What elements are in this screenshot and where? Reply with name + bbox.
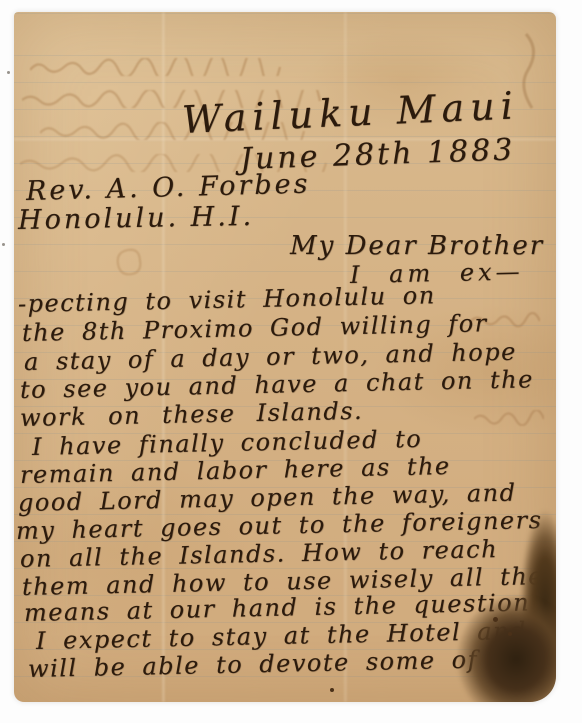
ink-speck (330, 688, 334, 692)
scan-speck (7, 71, 10, 74)
bleed-through-writing (30, 58, 290, 76)
bleed-through-writing (110, 242, 150, 282)
recipient-line: Honolulu. H.I. (18, 201, 255, 236)
scan-speck (2, 243, 5, 246)
bleed-through-writing (474, 410, 544, 426)
scan-background: Wailuku Maui June 28th 1883 Rev. A. O. F… (0, 0, 582, 723)
recipient-line: Rev. A. O. Forbes (26, 169, 311, 207)
letter-paper: Wailuku Maui June 28th 1883 Rev. A. O. F… (14, 12, 556, 702)
salutation-line: My Dear Brother (290, 231, 544, 261)
